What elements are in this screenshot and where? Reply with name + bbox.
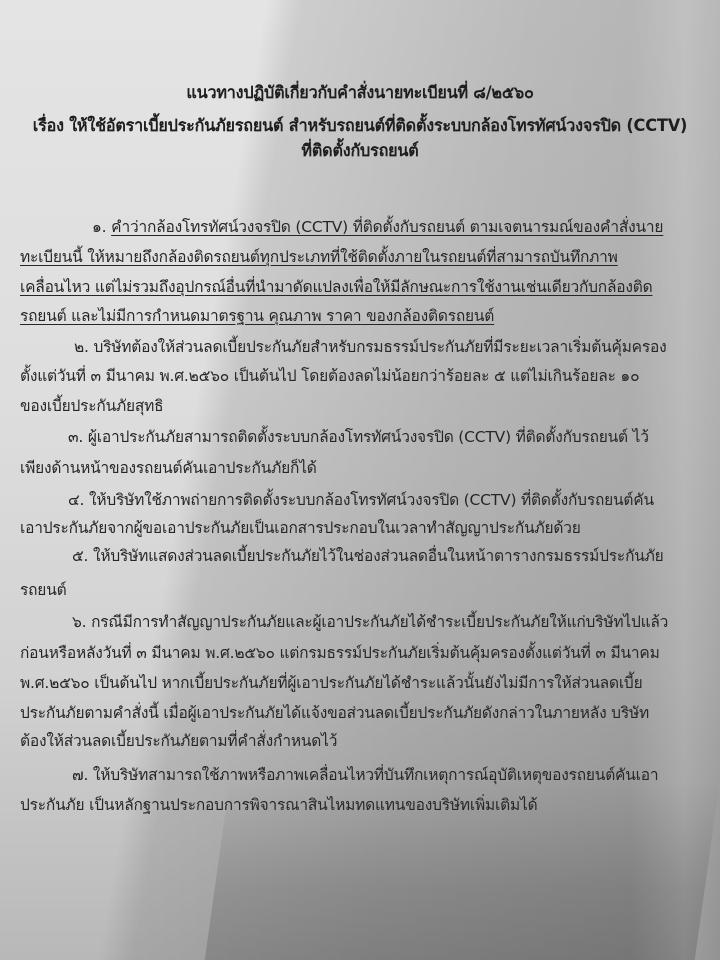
clause-3-line-1: ผู้เอาประกันภัยสามารถติดตั้งระบบกล้องโทร…	[88, 428, 649, 446]
clause-6-line-4: ประกันภัยตามคำสั่งนี้ เมื่อผู้เอาประกันภ…	[20, 700, 649, 725]
clause-7-line-1: ให้บริษัทสามารถใช้ภาพหรือภาพเคลื่อนไหวที…	[93, 766, 658, 784]
clause-6-number: ๖.	[72, 613, 86, 631]
document-heading: แนวทางปฏิบัติเกี่ยวกับคำสั่งนายทะเบียนที…	[8, 80, 713, 106]
clause-2-number: ๒.	[74, 338, 89, 356]
clause-1-line-1: คำว่ากล้องโทรทัศน์วงจรปิด (CCTV) ที่ติดต…	[111, 218, 663, 236]
clause-6-line-1: กรณีมีการทำสัญญาประกันภัยและผู้เอาประกัน…	[91, 613, 668, 631]
clause-7-number: ๗.	[72, 766, 88, 784]
clause-1-number: ๑.	[92, 218, 106, 236]
clause-4-line-2: เอาประกันภัยจากผู้ขอเอาประกันภัยเป็นเอกส…	[20, 515, 581, 540]
clause-3-line-2: เพียงด้านหน้าของรถยนต์คันเอาประกันภัยก็ไ…	[20, 455, 317, 480]
clause-1-line-3: เคลื่อนไหว แต่ไม่รวมถึงอุปกรณ์อื่นที่นำม…	[20, 274, 652, 299]
clause-3-number: ๓.	[68, 428, 83, 446]
clause-4-line-1: ให้บริษัทใช้ภาพถ่ายการติดตั้งระบบกล้องโท…	[89, 491, 654, 509]
clause-4-number: ๔.	[68, 491, 84, 509]
clause-2-line-1: บริษัทต้องให้ส่วนลดเบี้ยประกันภัยสำหรับก…	[93, 338, 666, 356]
clause-2-line-2: ตั้งแต่วันที่ ๓ มีนาคม พ.ศ.๒๕๖๐ เป็นต้นไ…	[20, 363, 639, 388]
clause-5-line-2: รถยนต์	[20, 577, 66, 602]
clause-5-line-1: ให้บริษัทแสดงส่วนลดเบี้ยประกันภัยไว้ในช่…	[93, 547, 664, 565]
document-subject-line-2: ที่ติดตั้งกับรถยนต์	[8, 138, 713, 164]
clause-1-line-2: ทะเบียนนี้ ให้หมายถึงกล้องติดรถยนต์ทุกปร…	[20, 244, 618, 269]
clause-6-line-2: ก่อนหรือหลังวันที่ ๓ มีนาคม พ.ศ.๒๕๖๐ แต่…	[20, 640, 660, 665]
clause-6-line-3: พ.ศ.๒๕๖๐ เป็นต้นไป หากเบี้ยประกันภัยที่ผ…	[20, 670, 642, 695]
clause-6-line-5: ต้องให้ส่วนลดเบี้ยประกันภัยตามที่คำสั่งก…	[20, 728, 337, 753]
clause-5-number: ๕.	[72, 547, 88, 565]
document-subject-line-1: เรื่อง ให้ใช้อัตราเบี้ยประกันภัยรถยนต์ ส…	[8, 113, 713, 139]
clause-1-line-4: รถยนต์ และไม่มีการกำหนดมาตรฐาน คุณภาพ รา…	[20, 303, 494, 328]
clause-2-line-3: ของเบี้ยประกันภัยสุทธิ	[20, 393, 163, 418]
clause-7-line-2: ประกันภัย เป็นหลักฐานประกอบการพิจารณาสิน…	[20, 792, 537, 817]
